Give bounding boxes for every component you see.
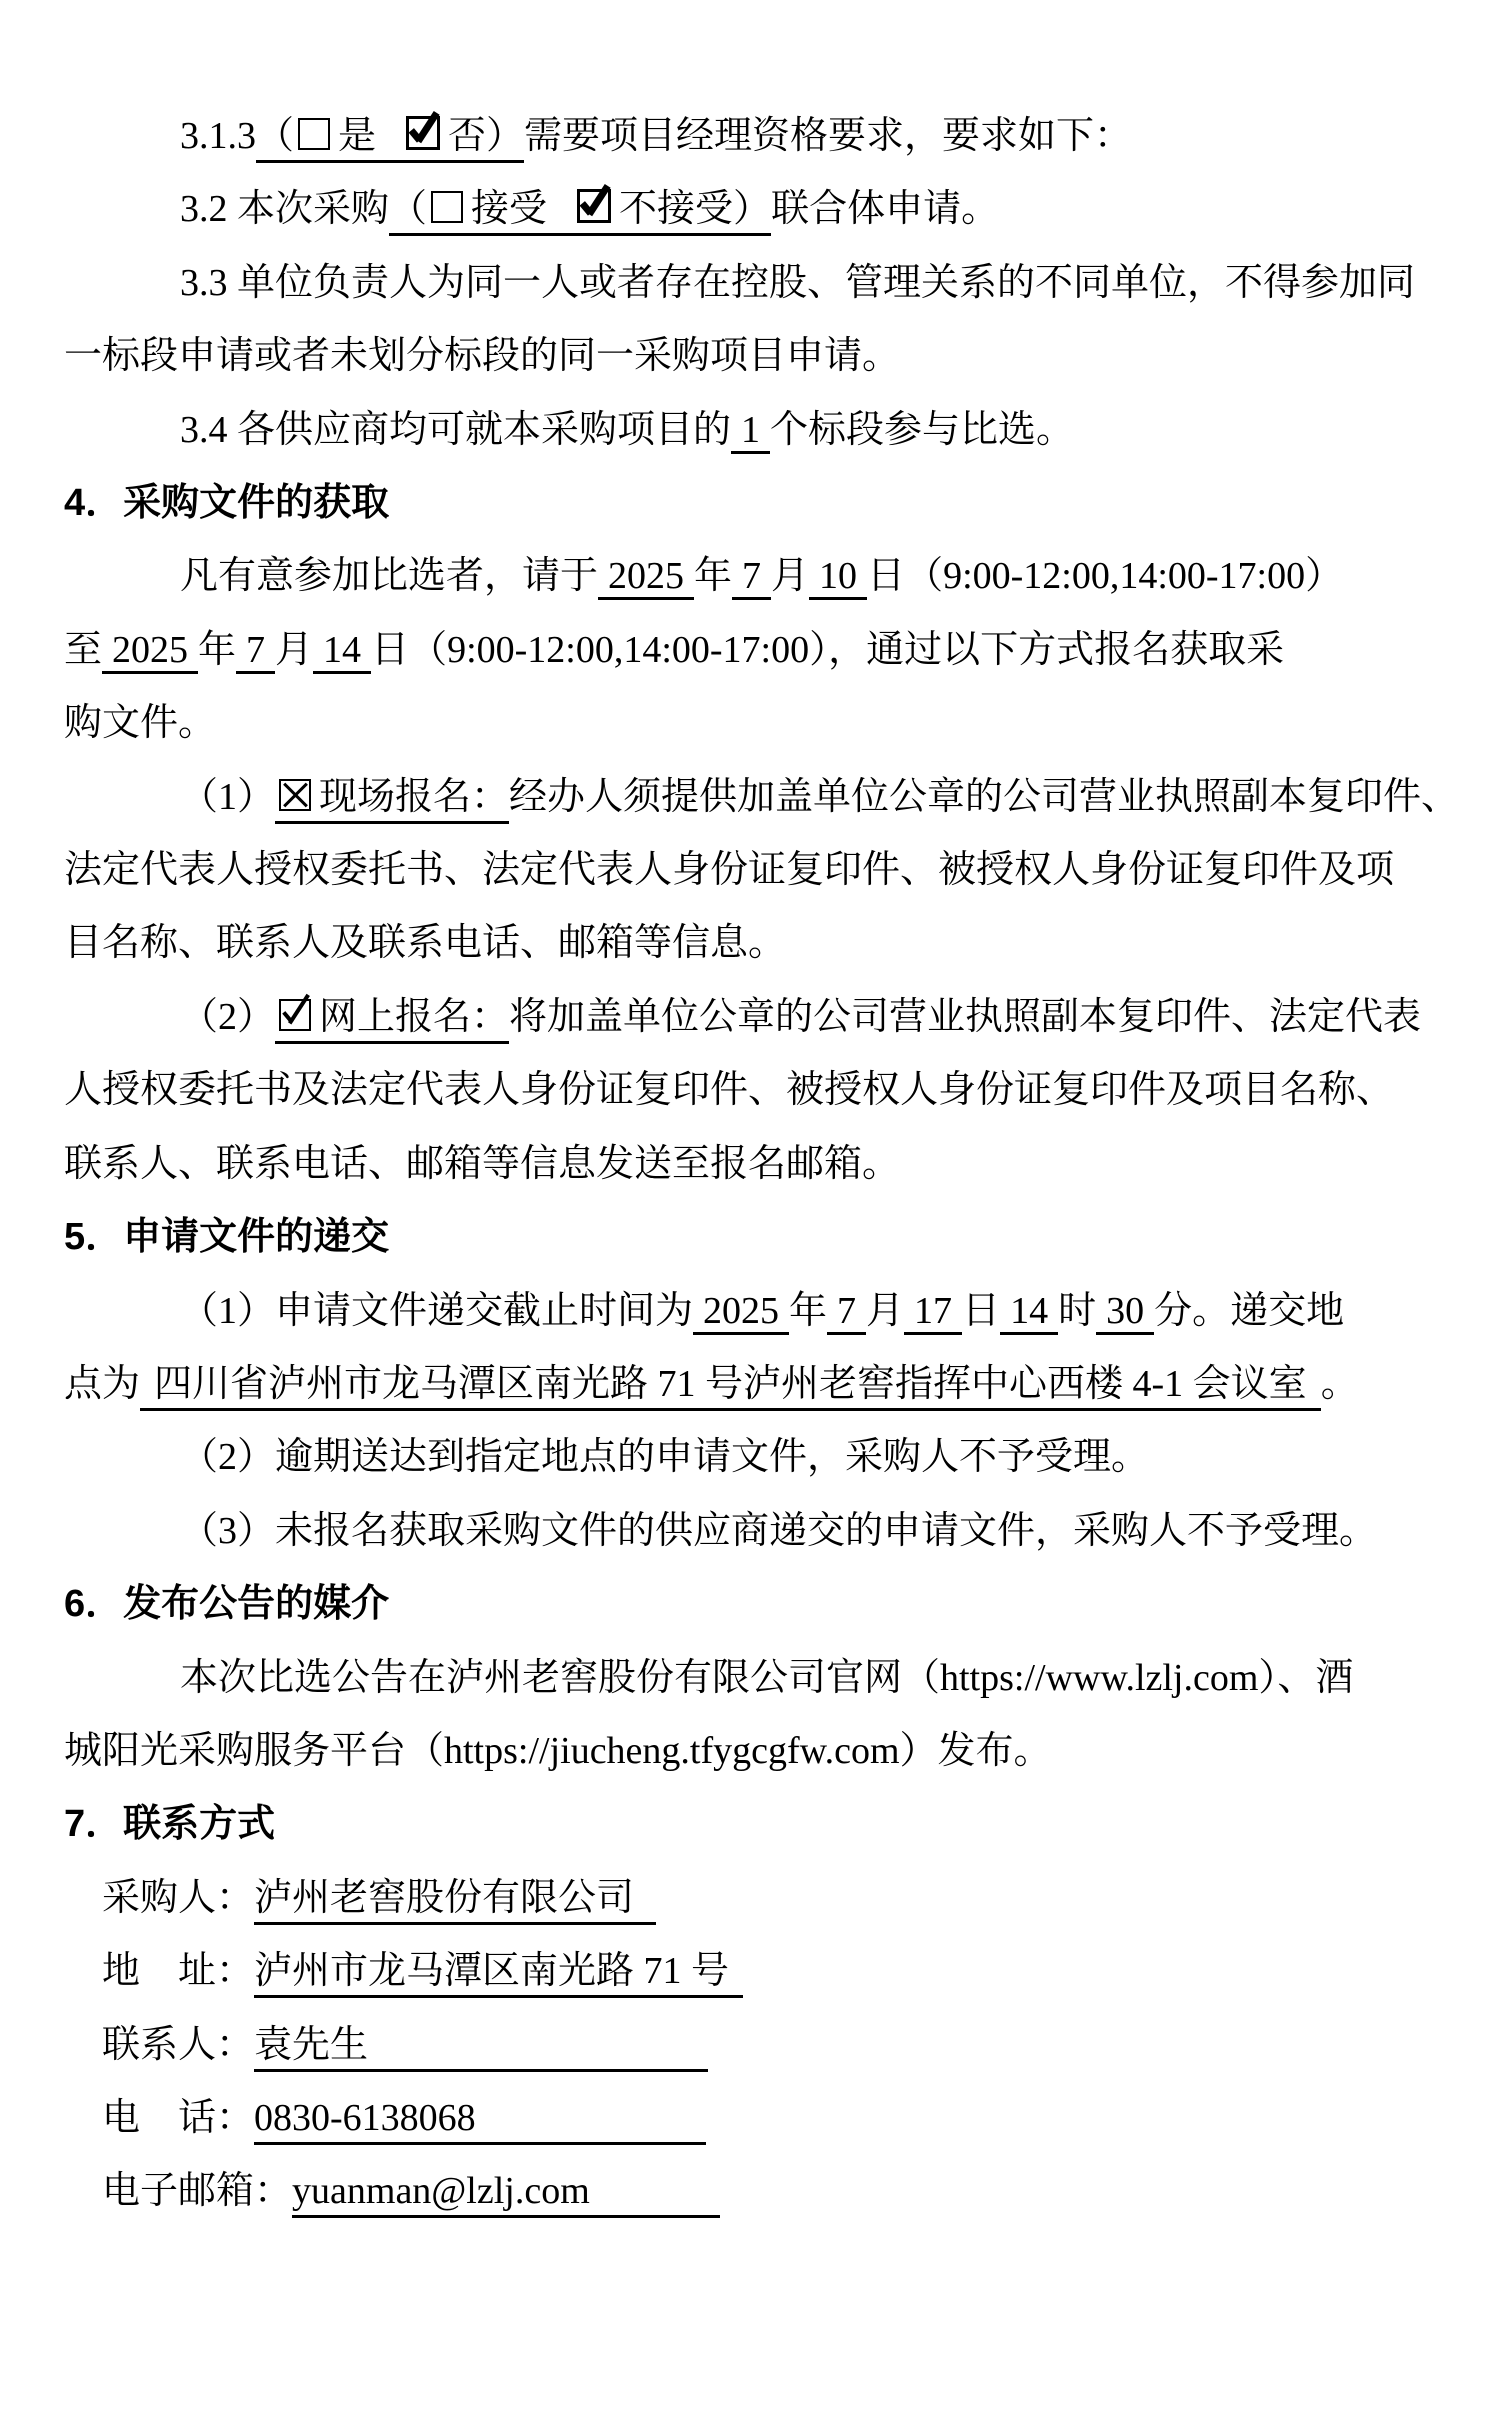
address-value: 泸州市龙马潭区南光路 71 号 <box>254 1950 743 1998</box>
checkbox-online-checked-icon <box>279 999 311 1031</box>
body-text: 城阳光采购服务平台（https://jiucheng.tfygcgfw.com）… <box>64 1730 1052 1772</box>
phone-label: 电 话： <box>102 2097 254 2139</box>
deadline-line-2: 点为四川省泸州市龙马潭区南光路 71 号泸州老窖指挥中心西楼 4-1 会议室。 <box>64 1348 1450 1421</box>
body-text: 点为 <box>64 1363 140 1405</box>
online-registration-line-1: （2）网上报名：将加盖单位公章的公司营业执照副本复印件、法定代表 <box>64 981 1450 1054</box>
unit-day: 日 <box>962 1290 1000 1332</box>
body-text: （2）逾期送达到指定地点的申请文件，采购人不予受理。 <box>180 1436 1149 1478</box>
clause-5-2: （2）逾期送达到指定地点的申请文件，采购人不予受理。 <box>64 1421 1450 1494</box>
unit-day: 日 <box>867 555 905 597</box>
underlined-option-group: 现场报名： <box>275 776 509 824</box>
clause-text: 一标段申请或者未划分标段的同一采购项目申请。 <box>64 335 900 377</box>
checkbox-accept-unchecked-icon <box>431 191 463 223</box>
day-blank: 10 <box>809 555 867 600</box>
address-label: 地 址： <box>102 1950 254 1992</box>
accept-option-label: 接受 <box>471 188 547 230</box>
underlined-option-group: 网上报名： <box>275 996 509 1044</box>
checkbox-no-checked-icon <box>406 116 440 150</box>
body-text: 凡有意参加比选者，请于 <box>180 555 598 597</box>
time-window: （9:00-12:00,14:00-17:00）， <box>409 629 866 671</box>
unit-month: 月 <box>866 1290 904 1332</box>
day-blank: 14 <box>313 629 371 674</box>
month-blank: 7 <box>236 629 275 674</box>
no-option-label: 否） <box>448 115 524 157</box>
clause-5-3: （3）未报名获取采购文件的供应商递交的申请文件，采购人不予受理。 <box>64 1495 1450 1568</box>
month-blank: 7 <box>732 555 771 600</box>
body-text: 目名称、联系人及联系电话、邮箱等信息。 <box>64 922 786 964</box>
media-line-1: 本次比选公告在泸州老窖股份有限公司官网（https://www.lzlj.com… <box>64 1642 1450 1715</box>
unit-month: 月 <box>275 629 313 671</box>
section-6-heading: 6．发布公告的媒介 <box>64 1568 1450 1641</box>
section-4-para-line-1: 凡有意参加比选者，请于2025年7月10日（9:00-12:00,14:00-1… <box>64 540 1450 613</box>
submission-address-blank: 四川省泸州市龙马潭区南光路 71 号泸州老窖指挥中心西楼 4-1 会议室 <box>140 1363 1321 1411</box>
buyer-label: 采购人： <box>102 1877 254 1919</box>
unit-hour: 时 <box>1058 1290 1096 1332</box>
contact-email-row: 电子邮箱：yuanman@lzlj.com <box>64 2155 1450 2228</box>
year-blank: 2025 <box>102 629 198 674</box>
unit-day: 日 <box>371 629 409 671</box>
clause-text: 个标段参与比选。 <box>770 409 1074 451</box>
unit-minute: 分。 <box>1154 1290 1230 1332</box>
email-label: 电子邮箱： <box>102 2170 292 2212</box>
hour-blank: 14 <box>1000 1290 1058 1335</box>
section-5-heading: 5．申请文件的递交 <box>64 1201 1450 1274</box>
buyer-value: 泸州老窖股份有限公司 <box>254 1877 656 1925</box>
checkbox-yes-unchecked-icon <box>298 118 330 150</box>
checkbox-reject-checked-icon <box>577 189 611 223</box>
online-registration-line-2: 人授权委托书及法定代表人身份证复印件、被授权人身份证复印件及项目名称、 <box>64 1054 1450 1127</box>
unit-year: 年 <box>694 555 732 597</box>
underlined-choice-group: （是否） <box>256 115 524 163</box>
onsite-registration-line-3: 目名称、联系人及联系电话、邮箱等信息。 <box>64 907 1450 980</box>
onsite-registration-label: 现场报名： <box>319 776 509 818</box>
body-text: 法定代表人授权委托书、法定代表人身份证复印件、被授权人身份证复印件及项 <box>64 849 1394 891</box>
deadline-line-1: （1）申请文件递交截止时间为2025年7月17日14时30分。递交地 <box>64 1275 1450 1348</box>
reject-option-label: 不接受） <box>619 188 771 230</box>
clause-text: 3.4 各供应商均可就本采购项目的 <box>180 409 731 451</box>
body-text: 将加盖单位公章的公司营业执照副本复印件、法定代表 <box>509 996 1421 1038</box>
onsite-registration-line-2: 法定代表人授权委托书、法定代表人身份证复印件、被授权人身份证复印件及项 <box>64 834 1450 907</box>
body-text: 人授权委托书及法定代表人身份证复印件、被授权人身份证复印件及项目名称、 <box>64 1069 1394 1111</box>
phone-value: 0830-6138068 <box>254 2097 706 2145</box>
online-registration-label: 网上报名： <box>319 996 509 1038</box>
clause-3-3-line-2: 一标段申请或者未划分标段的同一采购项目申请。 <box>64 320 1450 393</box>
unit-year: 年 <box>198 629 236 671</box>
body-text: 通过以下方式报名获取采 <box>866 629 1284 671</box>
yes-option-label: 是 <box>338 115 376 157</box>
contact-person-row: 联系人：袁先生 <box>64 2009 1450 2082</box>
item-number: （2） <box>180 996 275 1038</box>
day-blank: 17 <box>904 1290 962 1335</box>
clause-text: 需要项目经理资格要求，要求如下： <box>524 115 1132 157</box>
clause-text: 3.3 单位负责人为同一人或者存在控股、管理关系的不同单位，不得参加同 <box>180 262 1415 304</box>
paren-open: （ <box>256 115 294 157</box>
heading-text: 4．采购文件的获取 <box>64 482 389 524</box>
media-line-2: 城阳光采购服务平台（https://jiucheng.tfygcgfw.com）… <box>64 1715 1450 1788</box>
online-registration-line-3: 联系人、联系电话、邮箱等信息发送至报名邮箱。 <box>64 1128 1450 1201</box>
contact-address-row: 地 址：泸州市龙马潭区南光路 71 号 <box>64 1935 1450 2008</box>
minute-blank: 30 <box>1096 1290 1154 1335</box>
body-text: 联系人、联系电话、邮箱等信息发送至报名邮箱。 <box>64 1143 900 1185</box>
lot-count-blank: 1 <box>731 409 770 454</box>
body-text: （1）申请文件递交截止时间为 <box>180 1290 693 1332</box>
clause-number: 3.1.3 <box>180 115 256 157</box>
clause-3-3-line-1: 3.3 单位负责人为同一人或者存在控股、管理关系的不同单位，不得参加同 <box>64 247 1450 320</box>
period: 。 <box>1321 1363 1359 1405</box>
body-text: 购文件。 <box>64 702 216 744</box>
clause-text: 联合体申请。 <box>771 188 999 230</box>
body-text: 本次比选公告在泸州老窖股份有限公司官网（https://www.lzlj.com… <box>180 1657 1353 1699</box>
email-value: yuanman@lzlj.com <box>292 2170 720 2218</box>
underlined-choice-group: （接受不接受） <box>389 188 771 236</box>
unit-month: 月 <box>771 555 809 597</box>
item-number: （1） <box>180 776 275 818</box>
section-4-para-line-2: 至2025年7月14日（9:00-12:00,14:00-17:00），通过以下… <box>64 614 1450 687</box>
month-blank: 7 <box>827 1290 866 1335</box>
person-label: 联系人： <box>102 2024 254 2066</box>
section-4-heading: 4．采购文件的获取 <box>64 467 1450 540</box>
time-window: （9:00-12:00,14:00-17:00） <box>905 555 1343 597</box>
contact-buyer-row: 采购人：泸州老窖股份有限公司 <box>64 1862 1450 1935</box>
checkbox-onsite-crossed-icon <box>279 779 311 811</box>
heading-text: 7．联系方式 <box>64 1803 275 1845</box>
onsite-registration-line-1: （1）现场报名：经办人须提供加盖单位公章的公司营业执照副本复印件、 <box>64 761 1450 834</box>
section-7-heading: 7．联系方式 <box>64 1788 1450 1861</box>
heading-text: 6．发布公告的媒介 <box>64 1583 389 1625</box>
year-blank: 2025 <box>598 555 694 600</box>
unit-year: 年 <box>789 1290 827 1332</box>
section-4-para-line-3: 购文件。 <box>64 687 1450 760</box>
year-blank: 2025 <box>693 1290 789 1335</box>
heading-text: 5．申请文件的递交 <box>64 1216 389 1258</box>
clause-3-1-3: 3.1.3（是否）需要项目经理资格要求，要求如下： <box>64 100 1450 173</box>
paren-open: （ <box>389 188 427 230</box>
document-page: 3.1.3（是否）需要项目经理资格要求，要求如下： 3.2 本次采购（接受不接受… <box>0 0 1500 2429</box>
clause-3-4: 3.4 各供应商均可就本采购项目的1个标段参与比选。 <box>64 394 1450 467</box>
clause-3-2: 3.2 本次采购（接受不接受）联合体申请。 <box>64 173 1450 246</box>
person-value: 袁先生 <box>254 2024 708 2072</box>
body-text: 递交地 <box>1230 1290 1344 1332</box>
body-text: 经办人须提供加盖单位公章的公司营业执照副本复印件、 <box>509 776 1459 818</box>
contact-phone-row: 电 话：0830-6138068 <box>64 2082 1450 2155</box>
body-text: 至 <box>64 629 102 671</box>
body-text: （3）未报名获取采购文件的供应商递交的申请文件，采购人不予受理。 <box>180 1510 1377 1552</box>
clause-text: 3.2 本次采购 <box>180 188 389 230</box>
